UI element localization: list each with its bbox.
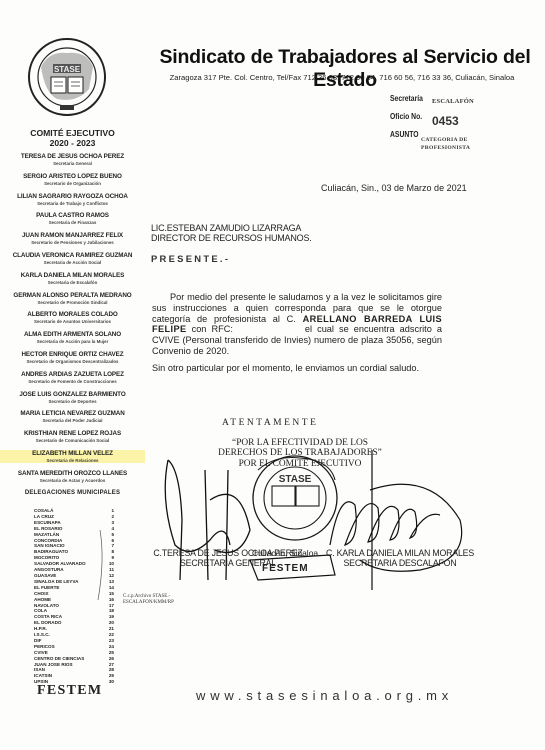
organization-address: Zaragoza 317 Pte. Col. Centro, Tel/Fax 7…	[142, 73, 542, 82]
addressee-title: DIRECTOR DE RECURSOS HUMANOS.	[151, 233, 312, 243]
member-role: Secretaria de Acción Social	[0, 260, 145, 266]
carbon-copy: C.c.p.Archivo STASE.- ESCALAFON/KMM/RP	[123, 594, 174, 606]
festem-logo: FESTEM	[37, 683, 102, 699]
oficio-number: 0453	[432, 114, 459, 128]
letter-body: Por medio del presente le saludamos y a …	[152, 292, 442, 374]
union-seal-logo: STASE	[27, 37, 107, 117]
member-name: TERESA DE JESUS OCHOA PEREZ	[0, 153, 145, 161]
member-name: LILIAN SAGRARIO RAYGOZA OCHOA	[0, 193, 145, 201]
member-name: JOSE LUIS GONZALEZ BARMIENTO	[0, 391, 145, 399]
member-role: Secretaria del Poder Judicial	[0, 418, 145, 424]
member-name: CLAUDIA VERONICA RAMIREZ GUZMAN	[0, 252, 145, 260]
committee-members-list: TERESA DE JESUS OCHOA PEREZSecretaria Ge…	[0, 153, 145, 483]
member-name: ALMA EDITH ARMENTA SOLANO	[0, 331, 145, 339]
member-role: Secretaria General	[0, 161, 145, 167]
committee-member: JUAN RAMON MANJARREZ FELIXSecretario de …	[0, 232, 145, 246]
delegation-number: 30	[102, 679, 114, 685]
website-link[interactable]: www.stasesinaloa.org.mx	[196, 688, 453, 703]
motto-line-2: DERECHOS DE LOS TRABAJADORES”	[180, 448, 420, 458]
salutation: PRESENTE.-	[151, 253, 230, 264]
committee-sidebar: COMITÉ EJECUTIVO 2020 - 2023 TERESA DE J…	[0, 128, 145, 499]
committee-member: GERMAN ALONSO PERALTA MEDRANOSecretario …	[0, 292, 145, 306]
secretaria-value: ESCALAFÓN	[432, 98, 474, 105]
member-role: Secretario de Fomento de Construcciones	[0, 379, 145, 385]
motto-line-3: POR EL COMITÉ EJECUTIVO	[180, 459, 420, 469]
committee-member: SERGIO ARISTEO LOPEZ BUENOSecretario de …	[0, 173, 145, 187]
closing-paragraph: Sin otro particular por el momento, le e…	[152, 363, 442, 374]
member-name: JUAN RAMON MANJARREZ FELIX	[0, 232, 145, 240]
asunto-label: ASUNTO	[390, 130, 419, 139]
member-name: GERMAN ALONSO PERALTA MEDRANO	[0, 292, 145, 300]
member-role: Secretaria de Trabajo y Conflictos	[0, 201, 145, 207]
date-line: Culiacán, Sin., 03 de Marzo de 2021	[321, 183, 467, 193]
member-name: ANDRES ARDIAS ZAZUETA LOPEZ	[0, 371, 145, 379]
rfc-label: con RFC:	[187, 324, 233, 334]
asunto-line-1: CATEGORIA DE	[421, 136, 470, 144]
committee-member: ALMA EDITH ARMENTA SOLANOSecretaria de A…	[0, 331, 145, 345]
signer-right-name: C. KARLA DANIELA MILAN MORALES	[325, 548, 475, 558]
request-paragraph: Por medio del presente le saludamos y a …	[152, 292, 442, 357]
member-name: KRISTHIAN RENE LOPEZ ROJAS	[0, 430, 145, 438]
asunto-value: CATEGORIA DE PROFESIONISTA	[421, 136, 470, 152]
addressee-name: LIC.ESTEBAN ZAMUDIO LIZARRAGA	[151, 223, 312, 233]
member-name: ALBERTO MORALES COLADO	[0, 311, 145, 319]
member-name: KARLA DANIELA MILAN MORALES	[0, 272, 145, 280]
atentamente-heading: ATENTAMENTE	[222, 418, 318, 428]
secretaria-label: Secretaría	[390, 94, 423, 103]
signer-right-title: SECRETARIA DESCALAFON	[325, 558, 475, 568]
member-name: HECTOR ENRIQUE ORTIZ CHAVEZ	[0, 351, 145, 359]
festem-stamp: FESTEM	[262, 563, 309, 574]
committee-member: PAULA CASTRO RAMOSSecretaria de Finanzas	[0, 212, 145, 226]
member-role: Secretario de Promoción Sindical	[0, 300, 145, 306]
union-seal-icon: STASE	[27, 37, 107, 117]
committee-member: JOSE LUIS GONZALEZ BARMIENTOSecretario d…	[0, 391, 145, 405]
stamp-text: STASE	[279, 474, 312, 485]
committee-member: CLAUDIA VERONICA RAMIREZ GUZMANSecretari…	[0, 252, 145, 266]
member-role: Secretario de Deportes	[0, 399, 145, 405]
addressee-block: LIC.ESTEBAN ZAMUDIO LIZARRAGA DIRECTOR D…	[151, 223, 312, 243]
organization-name: Sindicato de Trabajadores al Servicio de…	[150, 46, 540, 92]
signature-right-icon	[330, 450, 462, 590]
committee-member: KRISTHIAN RENE LOPEZ ROJASSecretario de …	[0, 430, 145, 444]
committee-member: SANTA MEREDITH OROZCO LLANESSecretaria d…	[0, 470, 145, 484]
member-name: SERGIO ARISTEO LOPEZ BUENO	[0, 173, 145, 181]
member-role: Secretaria de Acción para la Mujer	[0, 339, 145, 345]
signer-left-name: C.TERESA DE JESUS OCHOA PEREZ	[148, 548, 308, 558]
committee-title: COMITÉ EJECUTIVO	[0, 128, 145, 138]
member-role: Secretario de Comunicación Social	[0, 438, 145, 444]
signer-right: C. KARLA DANIELA MILAN MORALES SECRETARI…	[325, 548, 475, 568]
member-role: Secretaria de Actas y Acuerdos	[0, 478, 145, 484]
oficio-label: Oficio No.	[390, 112, 422, 121]
member-name: PAULA CASTRO RAMOS	[0, 212, 145, 220]
svg-text:STASE: STASE	[54, 65, 81, 74]
member-name: ELIZABETH MILLAN VELEZ	[0, 450, 145, 458]
committee-member: ALBERTO MORALES COLADOSecretario de Asun…	[0, 311, 145, 325]
member-role: Secretaria de Finanzas	[0, 220, 145, 226]
member-role: Secretario de Asuntos Universitarios	[0, 319, 145, 325]
asunto-line-2: PROFESIONISTA	[421, 144, 470, 152]
committee-member: TERESA DE JESUS OCHOA PEREZSecretaria Ge…	[0, 153, 145, 167]
committee-member: ELIZABETH MILLAN VELEZSecretaria de Rela…	[0, 450, 145, 464]
member-role: Secretario de Organización	[0, 181, 145, 187]
motto-line-1: “POR LA EFECTIVIDAD DE LOS	[180, 438, 420, 448]
member-role: Secretaria de Relaciones	[0, 458, 145, 464]
delegations-list: COSALÁ1LA CRUZ2ESCUINAPA3EL ROSARIO4MAZA…	[34, 508, 114, 685]
committee-member: LILIAN SAGRARIO RAYGOZA OCHOASecretaria …	[0, 193, 145, 207]
ccp-line-2: ESCALAFON/KMM/RP	[123, 600, 174, 606]
committee-member: KARLA DANIELA MILAN MORALESSecretaria de…	[0, 272, 145, 286]
member-role: Secretario de Organismos Descentralizado…	[0, 359, 145, 365]
committee-member: MARIA LETICIA NEVAREZ GUZMANSecretaria d…	[0, 410, 145, 424]
member-role: Secretario de Pensiones y Jubilaciones	[0, 240, 145, 246]
committee-member: HECTOR ENRIQUE ORTIZ CHAVEZSecretario de…	[0, 351, 145, 365]
member-name: SANTA MEREDITH OROZCO LLANES	[0, 470, 145, 478]
delegations-title: DELEGACIONES MUNICIPALES	[0, 490, 145, 496]
member-role: Secretaria de Escalafón	[0, 280, 145, 286]
committee-years: 2020 - 2023	[0, 138, 145, 148]
committee-member: ANDRES ARDIAS ZAZUETA LOPEZSecretario de…	[0, 371, 145, 385]
member-name: MARIA LETICIA NEVAREZ GUZMAN	[0, 410, 145, 418]
motto: “POR LA EFECTIVIDAD DE LOS DERECHOS DE L…	[180, 438, 420, 469]
